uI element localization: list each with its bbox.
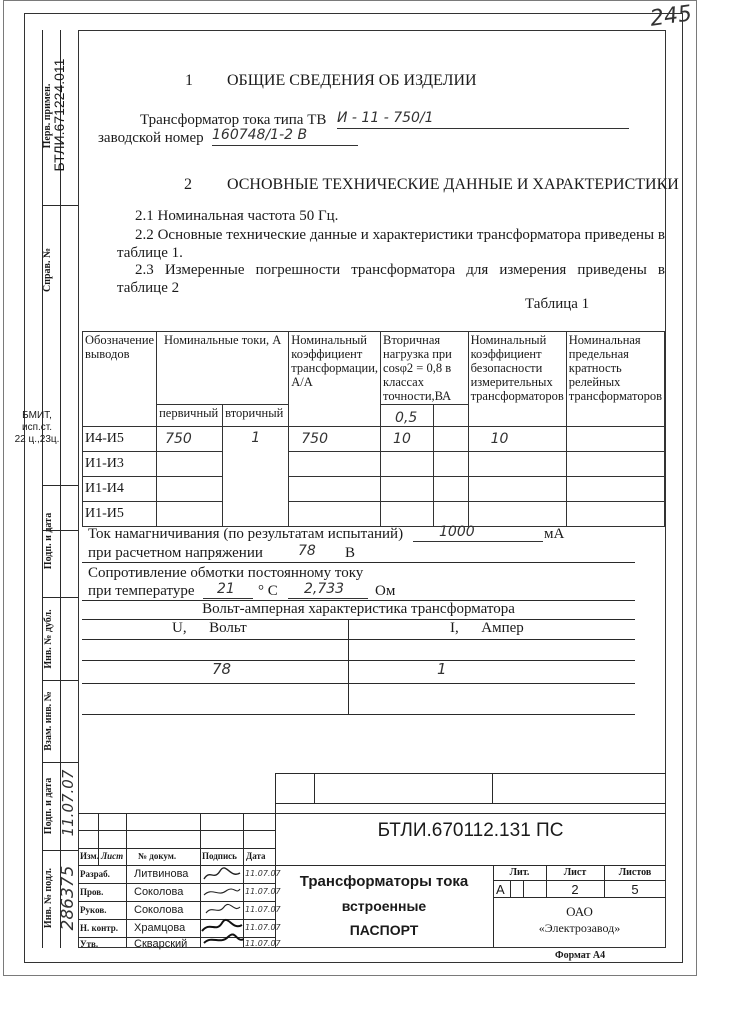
signer-role: Н. контр. (80, 923, 118, 933)
cell-load-2 (433, 452, 468, 477)
sheets-value: 5 (604, 882, 666, 897)
section-2-number: 2 (184, 176, 192, 194)
signer-role: Руков. (80, 905, 106, 915)
header-load-class-2 (433, 405, 468, 427)
header-secondary: вторичный (223, 405, 289, 427)
sheet-value: 2 (546, 882, 604, 897)
header-load-class-1: 0,5 (381, 405, 434, 427)
format-label: Формат А4 (555, 950, 605, 961)
voltage-unit: В (345, 545, 355, 562)
cell-limit (566, 477, 664, 502)
lit-label: Лит. (493, 867, 546, 878)
signer-name: Соколова (134, 904, 183, 916)
product-type-value: И - 11 - 750/1 (337, 110, 629, 129)
header-designation: Обозначение выводов (83, 332, 157, 427)
table-row: И4-И5 750 1 750 10 10 (83, 427, 665, 452)
divider (82, 639, 635, 640)
cell-ratio (289, 502, 381, 527)
cell-ratio (289, 452, 381, 477)
header-ratio: Номинальный коэффициент трансформации, А… (289, 332, 381, 427)
hdr-list: Лист (101, 851, 123, 861)
section-2-title: ОСНОВНЫЕ ТЕХНИЧЕСКИЕ ДАННЫЕ И ХАРАКТЕРИС… (227, 176, 679, 194)
cell-ratio (289, 477, 381, 502)
cell-load-1 (381, 452, 434, 477)
paragraph-2-3: 2.3 Измеренные погрешности трансформатор… (117, 261, 665, 297)
resistance-value: 2,733 (288, 581, 368, 599)
cell-load-2 (433, 427, 468, 452)
sheets-label: Листов (604, 867, 666, 878)
header-primary: первичный (157, 405, 223, 427)
cell-limit (566, 502, 664, 527)
cell-primary (157, 502, 223, 527)
signer-role: Разраб. (80, 869, 110, 879)
bmit-note: БМИТ, исп.ст. 22 ц.,23ц. (4, 410, 70, 446)
temperature-unit: ° С (258, 583, 278, 600)
section-1-number: 1 (185, 72, 193, 90)
cell-secondary: 1 (223, 427, 289, 527)
section-1-title: ОБЩИЕ СВЕДЕНИЯ ОБ ИЗДЕЛИИ (227, 72, 477, 90)
table-row: И1-И5 (83, 502, 665, 527)
sprav-label: Справ. № (42, 190, 58, 350)
paragraph-2-2: 2.2 Основные технические данные и характ… (117, 226, 665, 262)
divider (82, 562, 635, 563)
hdr-doc-no: № докум. (138, 851, 176, 861)
signature-scribbles (200, 865, 244, 947)
hdr-izm: Изм. (80, 851, 99, 861)
voltage-value: 78 (270, 543, 340, 561)
cell-safety (468, 502, 566, 527)
cell-primary (157, 477, 223, 502)
paragraph-2-1: 2.1 Номинальная частота 50 Гц. (135, 208, 338, 225)
header-load: Вторичная нагрузка при cosφ2 = 0,8 в кла… (381, 332, 469, 405)
table-row: И1-И3 (83, 452, 665, 477)
hdr-sign: Подпись (202, 851, 237, 861)
lit-value: А (496, 882, 505, 897)
cell-designation: И1-И5 (83, 502, 157, 527)
signer-name: Литвинова (134, 868, 188, 880)
va-col-i: I, Ампер (450, 620, 524, 637)
signer-name: Скварский (134, 938, 187, 950)
divider (82, 714, 635, 715)
cell-load-1 (381, 502, 434, 527)
table-row: И1-И4 (83, 477, 665, 502)
va-column-divider (348, 619, 349, 714)
cell-designation: И1-И4 (83, 477, 157, 502)
header-safety: Номинальный коэффициент безопасности изм… (468, 332, 566, 427)
inv-podl-value: 286375 (58, 818, 80, 978)
cell-load-1: 10 (381, 427, 434, 452)
cell-designation: И1-И3 (83, 452, 157, 477)
signer-name: Соколова (134, 886, 183, 898)
left-margin-stamp-lower: Подп. и дата Инв. № дубл. Взам. инв. № П… (42, 485, 78, 948)
inv-podl-label: Инв. № подл. (43, 818, 59, 978)
product-name-line-2: встроенные (275, 898, 493, 914)
table-1-caption: Таблица 1 (525, 296, 589, 313)
hdr-date: Дата (246, 851, 266, 861)
va-row-u: 78 (212, 660, 231, 678)
temperature-label: при температуре (88, 583, 194, 600)
cell-limit (566, 452, 664, 477)
cell-primary: 750 (157, 427, 223, 452)
org-line-2: «Электрозавод» (493, 921, 666, 936)
cell-primary (157, 452, 223, 477)
resistance-unit: Ом (375, 583, 395, 600)
cell-load-1 (381, 477, 434, 502)
sheet-label: Лист (546, 867, 604, 878)
magnetizing-unit: мА (544, 526, 564, 543)
org-line-1: ОАО (493, 904, 666, 920)
doc-code: БТЛИ.670112.131 ПС (275, 820, 666, 842)
magnetizing-label: Ток намагничивания (по результатам испыт… (88, 526, 403, 543)
resistance-label: Сопротивление обмотки постоянному току (88, 565, 363, 582)
table-1: Обозначение выводов Номинальные токи, А … (82, 331, 665, 527)
serial-value: 160748/1-2 В (212, 127, 358, 146)
cell-safety (468, 452, 566, 477)
va-title: Вольт-амперная характеристика трансформа… (82, 601, 635, 618)
document-type: ПАСПОРТ (275, 922, 493, 938)
product-name-line-1: Трансформаторы тока (275, 873, 493, 890)
cell-limit (566, 427, 664, 452)
header-nominal-currents: Номинальные токи, А (157, 332, 289, 405)
serial-label: заводской номер (98, 130, 204, 147)
signer-role: Пров. (80, 887, 103, 897)
cell-ratio: 750 (289, 427, 381, 452)
divider (82, 660, 635, 661)
magnetizing-value: 1000 (413, 524, 543, 542)
cell-load-2 (433, 502, 468, 527)
divider (82, 683, 635, 684)
divider (82, 619, 635, 620)
signer-name: Храмцова (134, 922, 185, 934)
va-col-u: U, Вольт (172, 620, 247, 637)
signer-role: Утв. (80, 939, 98, 949)
va-row-i: 1 (437, 660, 447, 678)
signer-date: 11.07.07 (245, 939, 281, 948)
perv-primen-value: БТЛИ.671224.011 (51, 35, 69, 195)
temperature-value: 21 (203, 581, 253, 599)
header-limit: Номинальная предельная кратность релейны… (566, 332, 664, 427)
cell-safety: 10 (468, 427, 566, 452)
cell-load-2 (433, 477, 468, 502)
cell-safety (468, 477, 566, 502)
voltage-label: при расчетном напряжении (88, 545, 263, 562)
cell-designation: И4-И5 (83, 427, 157, 452)
